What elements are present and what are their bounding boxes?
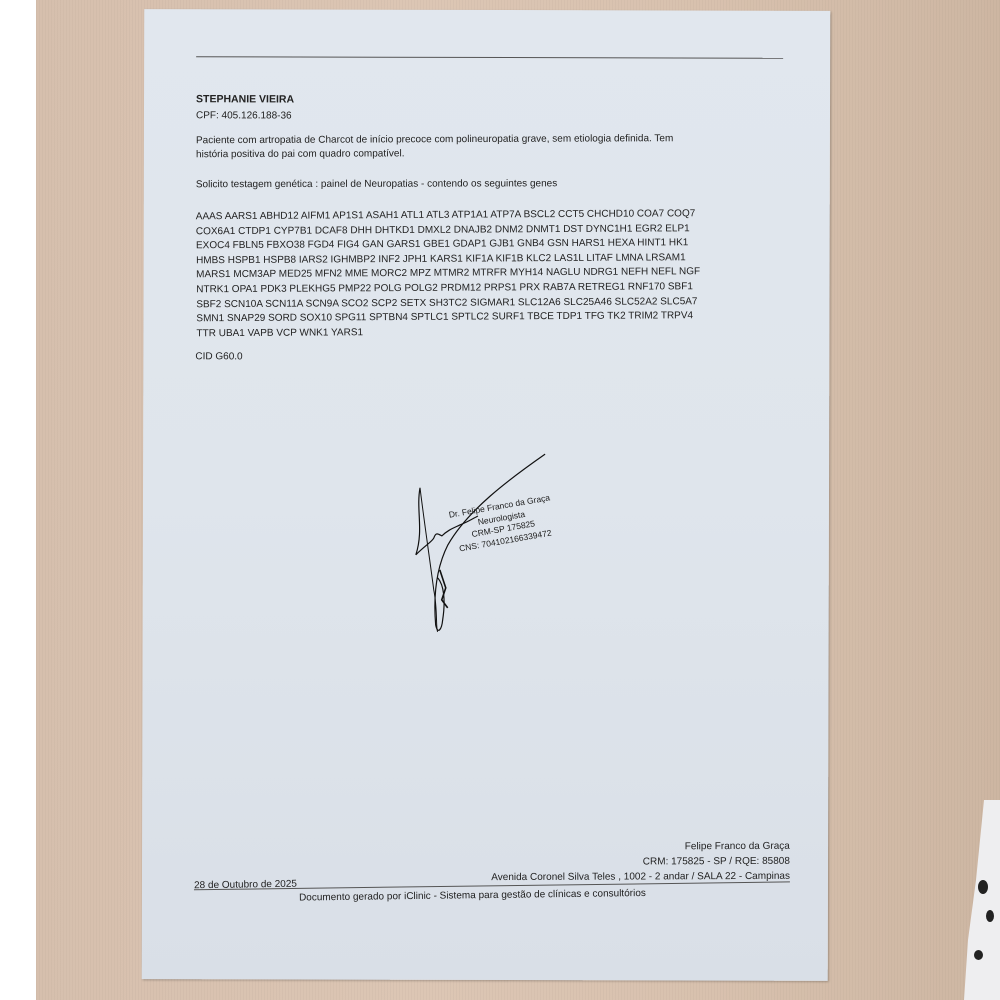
footer-doctor-name: Felipe Franco da Graça (491, 839, 790, 855)
test-request: Solicito testagem genética : painel de N… (196, 178, 557, 190)
patient-name: STEPHANIE VIEIRA (196, 93, 294, 105)
gene-list: AAAS AARS1 ABHD12 AIFM1 AP1S1 ASAH1 ATL1… (196, 207, 701, 341)
clinical-note-line: história positiva do pai com quadro comp… (196, 146, 766, 162)
doctor-footer: Felipe Franco da Graça CRM: 175825 - SP … (491, 839, 790, 885)
cid-code: CID G60.0 (195, 351, 242, 362)
generated-by-note: Documento gerado por iClinic - Sistema p… (299, 888, 646, 904)
gene-line: SMN1 SNAP29 SORD SOX10 SPG11 SPTBN4 SPTL… (196, 309, 700, 327)
patient-cpf: CPF: 405.126.188-36 (196, 110, 292, 121)
prescription-paper: STEPHANIE VIEIRA CPF: 405.126.188-36 Pac… (142, 9, 831, 981)
header-divider (196, 56, 783, 59)
footer-registration: CRM: 175825 - SP / RQE: 85808 (491, 854, 790, 870)
gene-line: TTR UBA1 VAPB VCP WNK1 YARS1 (196, 324, 700, 342)
clinical-note: Paciente com artropatia de Charcot de in… (196, 132, 766, 162)
